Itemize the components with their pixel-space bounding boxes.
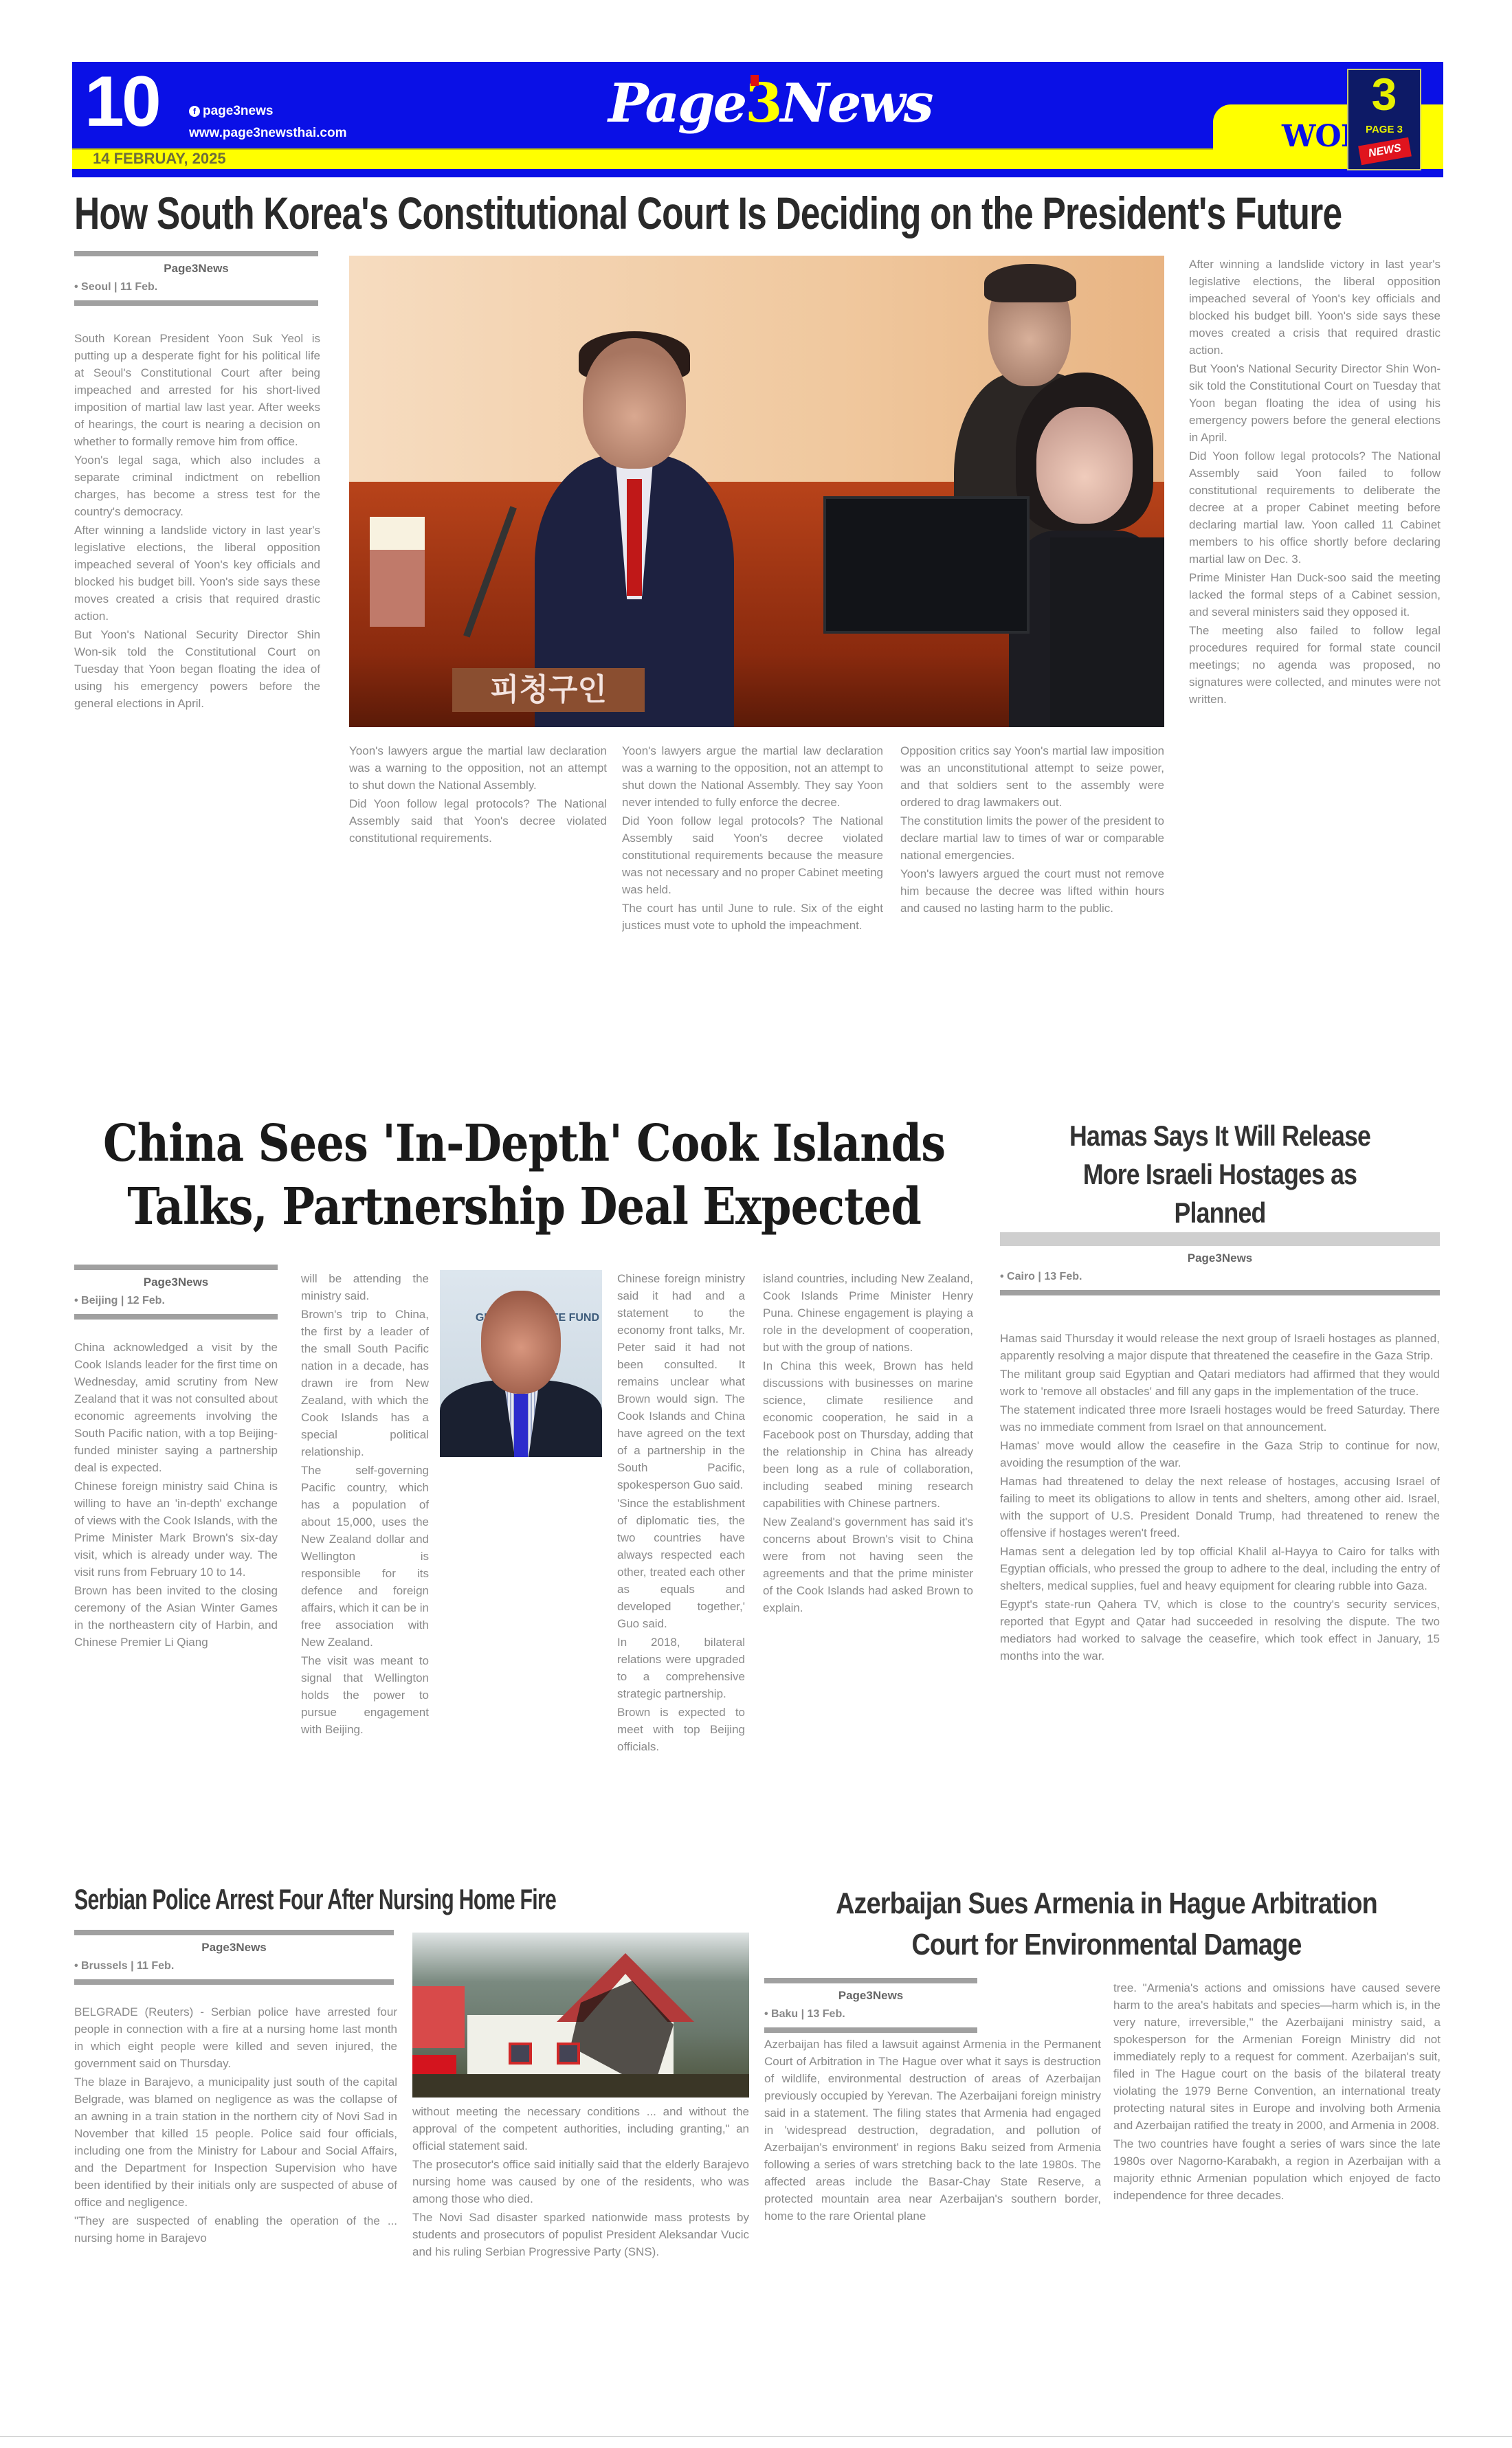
paragraph: The Novi Sad disaster sparked nationwide… bbox=[412, 2209, 749, 2260]
paragraph: In China this week, Brown has held discu… bbox=[763, 1357, 973, 1512]
paragraph: Hamas had threatened to delay the next r… bbox=[1000, 1473, 1440, 1542]
paragraph: BELGRADE (Reuters) - Serbian police have… bbox=[74, 2003, 397, 2072]
china-column-2b bbox=[440, 1471, 602, 1868]
paragraph: Did Yoon follow legal protocols? The Nat… bbox=[622, 812, 883, 898]
minister-photo: GREEN CLIMATE FUND bbox=[440, 1270, 602, 1457]
paragraph: The visit was meant to signal that Welli… bbox=[301, 1652, 429, 1738]
date-bar bbox=[72, 148, 1227, 169]
korea-column-3: Yoon's lawyers argue the martial law dec… bbox=[622, 742, 883, 1106]
page3-badge-logo: 3 PAGE 3 NEWS bbox=[1347, 69, 1421, 170]
byline-rule bbox=[74, 1265, 278, 1270]
facebook-handle: page3news bbox=[203, 104, 273, 118]
azerbaijan-column-1: Azerbaijan has filed a lawsuit against A… bbox=[764, 2036, 1101, 2366]
brand-left: Page bbox=[608, 72, 745, 135]
paragraph: The prosecutor's office said initially s… bbox=[412, 2156, 749, 2207]
china-column-4: island countries, including New Zealand,… bbox=[763, 1270, 973, 1868]
byline-source: Page3News bbox=[764, 1983, 977, 2005]
paragraph: Brown has been invited to the closing ce… bbox=[74, 1582, 278, 1651]
china-byline: Page3News • Beijing | 12 Feb. bbox=[74, 1265, 278, 1320]
serbia-byline: Page3News • Brussels | 11 Feb. bbox=[74, 1930, 394, 1985]
photo-head bbox=[481, 1291, 561, 1394]
paragraph: Hamas' move would allow the ceasefire in… bbox=[1000, 1437, 1440, 1471]
byline-source: Page3News bbox=[74, 256, 318, 278]
name-placard: 피청구인 bbox=[452, 668, 645, 712]
paragraph: After winning a landslide victory in las… bbox=[1189, 256, 1441, 359]
azerbaijan-byline: Page3News • Baku | 13 Feb. bbox=[764, 1978, 977, 2033]
byline-dateline: • Brussels | 11 Feb. bbox=[74, 1957, 394, 1979]
byline-rule bbox=[764, 2027, 977, 2033]
paragraph: Chinese foreign ministry said China is w… bbox=[74, 1478, 278, 1581]
hamas-body: Hamas said Thursday it would release the… bbox=[1000, 1330, 1440, 1866]
photo-lamp bbox=[370, 517, 425, 627]
headline-line: China Sees 'In-Depth' Cook Islands bbox=[103, 1112, 945, 1175]
paragraph: Hamas said Thursday it would release the… bbox=[1000, 1330, 1440, 1364]
paragraph: New Zealand's government has said it's c… bbox=[763, 1513, 973, 1616]
azerbaijan-column-2: tree. "Armenia's actions and omissions h… bbox=[1113, 1979, 1441, 2364]
paragraph: South Korean President Yoon Suk Yeol is … bbox=[74, 330, 320, 450]
paragraph: island countries, including New Zealand,… bbox=[763, 1270, 973, 1356]
paragraph: Egypt's state-run Qahera TV, which is cl… bbox=[1000, 1596, 1440, 1665]
photo-shed bbox=[412, 1986, 465, 2048]
paragraph: After winning a landslide victory in las… bbox=[74, 522, 320, 625]
paragraph: Brown's trip to China, the first by a le… bbox=[301, 1306, 429, 1460]
court-photo: 피청구인 bbox=[349, 256, 1164, 727]
issue-date: 14 FEBRUAY, 2025 bbox=[93, 150, 226, 168]
badge-page: PAGE 3 bbox=[1348, 124, 1420, 135]
photo-tie bbox=[514, 1394, 528, 1457]
byline-dateline: • Cairo | 13 Feb. bbox=[1000, 1268, 1440, 1290]
paragraph: Brown is expected to meet with top Beiji… bbox=[617, 1704, 745, 1755]
page-bottom-rule bbox=[0, 2436, 1512, 2437]
photo-shrub bbox=[412, 2074, 749, 2098]
china-column-2: will be attending the ministry said. Bro… bbox=[301, 1270, 429, 1868]
paragraph: The constitution limits the power of the… bbox=[900, 812, 1164, 864]
paragraph: But Yoon's National Security Director Sh… bbox=[74, 626, 320, 712]
paragraph: tree. "Armenia's actions and omissions h… bbox=[1113, 1979, 1441, 2134]
byline-dateline: • Beijing | 12 Feb. bbox=[74, 1292, 278, 1314]
byline-rule bbox=[764, 1978, 977, 1983]
paragraph: In 2018, bilateral relations were upgrad… bbox=[617, 1634, 745, 1702]
azerbaijan-headline: Azerbaijan Sues Armenia in Hague Arbitra… bbox=[820, 1883, 1393, 1966]
china-headline: China Sees 'In-Depth' Cook Islands Talks… bbox=[103, 1112, 945, 1238]
korea-column-2: Yoon's lawyers argue the martial law dec… bbox=[349, 742, 607, 1106]
masthead: 10 fpage3news www.page3newsthai.com 14 F… bbox=[72, 62, 1443, 177]
paragraph: The self-governing Pacific country, whic… bbox=[301, 1462, 429, 1651]
facebook-icon: f bbox=[189, 106, 200, 117]
paragraph: Yoon's legal saga, which also includes a… bbox=[74, 452, 320, 520]
serbia-column-2: without meeting the necessary conditions… bbox=[412, 2103, 749, 2364]
byline-source: Page3News bbox=[1000, 1246, 1440, 1268]
byline-rule bbox=[74, 1930, 394, 1935]
paragraph: Yoon's lawyers argue the martial law dec… bbox=[349, 742, 607, 794]
byline-source: Page3News bbox=[74, 1270, 278, 1292]
hamas-headline: Hamas Says It Will Release More Israeli … bbox=[1039, 1117, 1401, 1232]
paragraph: "They are suspected of enabling the oper… bbox=[74, 2212, 397, 2247]
paragraph: The statement indicated three more Israe… bbox=[1000, 1401, 1440, 1436]
facebook-link[interactable]: fpage3news bbox=[189, 100, 346, 122]
korea-column-1: South Korean President Yoon Suk Yeol is … bbox=[74, 330, 320, 1106]
byline-rule bbox=[74, 251, 318, 256]
byline-rule bbox=[74, 1314, 278, 1320]
paragraph: without meeting the necessary conditions… bbox=[412, 2103, 749, 2155]
paragraph: The blaze in Barajevo, a municipality ju… bbox=[74, 2073, 397, 2211]
photo-window bbox=[509, 2043, 532, 2065]
hamas-byline: Page3News • Cairo | 13 Feb. bbox=[1000, 1232, 1440, 1295]
byline-rule bbox=[1000, 1232, 1440, 1246]
serbia-column-1: BELGRADE (Reuters) - Serbian police have… bbox=[74, 2003, 397, 2361]
paragraph: 'Since the establishment of diplomatic t… bbox=[617, 1495, 745, 1632]
serbia-headline: Serbian Police Arrest Four After Nursing… bbox=[74, 1883, 556, 1916]
brand-three: 3 bbox=[745, 72, 780, 135]
paragraph: Azerbaijan has filed a lawsuit against A… bbox=[764, 2036, 1101, 2225]
byline-dateline: • Baku | 13 Feb. bbox=[764, 2005, 977, 2027]
brand-logo[interactable]: Page3News bbox=[608, 77, 932, 131]
korea-headline: How South Korea's Constitutional Court I… bbox=[74, 187, 1342, 239]
korea-column-4: Opposition critics say Yoon's martial la… bbox=[900, 742, 1164, 1106]
brand-right: News bbox=[781, 72, 932, 135]
photo-window bbox=[557, 2043, 580, 2065]
paragraph: Chinese foreign ministry said it had and… bbox=[617, 1270, 745, 1493]
byline-rule bbox=[1000, 1290, 1440, 1295]
paragraph: Did Yoon follow legal protocols? The Nat… bbox=[349, 795, 607, 847]
monitor bbox=[1050, 537, 1164, 727]
paragraph: The meeting also failed to follow legal … bbox=[1189, 622, 1441, 708]
paragraph: Prime Minister Han Duck-soo said the mee… bbox=[1189, 569, 1441, 621]
paragraph: Opposition critics say Yoon's martial la… bbox=[900, 742, 1164, 811]
paragraph: Hamas sent a delegation led by top offic… bbox=[1000, 1543, 1440, 1594]
nursing-home-fire-photo bbox=[412, 1933, 749, 2098]
byline-rule bbox=[74, 300, 318, 306]
social-links: fpage3news www.page3newsthai.com bbox=[189, 100, 346, 144]
badge-news: NEWS bbox=[1358, 137, 1412, 165]
website-link[interactable]: www.page3newsthai.com bbox=[189, 122, 346, 144]
byline-source: Page3News bbox=[74, 1935, 394, 1957]
monitor bbox=[823, 496, 1030, 634]
paragraph: will be attending the ministry said. bbox=[301, 1270, 429, 1304]
paragraph: But Yoon's National Security Director Sh… bbox=[1189, 360, 1441, 446]
china-column-3: Chinese foreign ministry said it had and… bbox=[617, 1270, 745, 1868]
badge-number: 3 bbox=[1348, 71, 1420, 117]
paragraph: Yoon's lawyers argue the martial law dec… bbox=[622, 742, 883, 811]
paragraph: The two countries have fought a series o… bbox=[1113, 2135, 1441, 2204]
masthead-bottom-rule bbox=[72, 169, 1443, 177]
paragraph: The militant group said Egyptian and Qat… bbox=[1000, 1366, 1440, 1400]
paragraph: Yoon's lawyers argued the court must not… bbox=[900, 865, 1164, 917]
headline-line: Talks, Partnership Deal Expected bbox=[103, 1175, 945, 1238]
page-number: 10 bbox=[85, 66, 159, 137]
paragraph: The court has until June to rule. Six of… bbox=[622, 900, 883, 934]
paragraph: Did Yoon follow legal protocols? The Nat… bbox=[1189, 447, 1441, 568]
korea-column-right: After winning a landslide victory in las… bbox=[1189, 256, 1441, 1106]
byline-dateline: • Seoul | 11 Feb. bbox=[74, 278, 318, 300]
korea-byline: Page3News • Seoul | 11 Feb. bbox=[74, 251, 318, 306]
byline-rule bbox=[74, 1979, 394, 1985]
paragraph: China acknowledged a visit by the Cook I… bbox=[74, 1339, 278, 1476]
china-column-1: China acknowledged a visit by the Cook I… bbox=[74, 1339, 278, 1868]
